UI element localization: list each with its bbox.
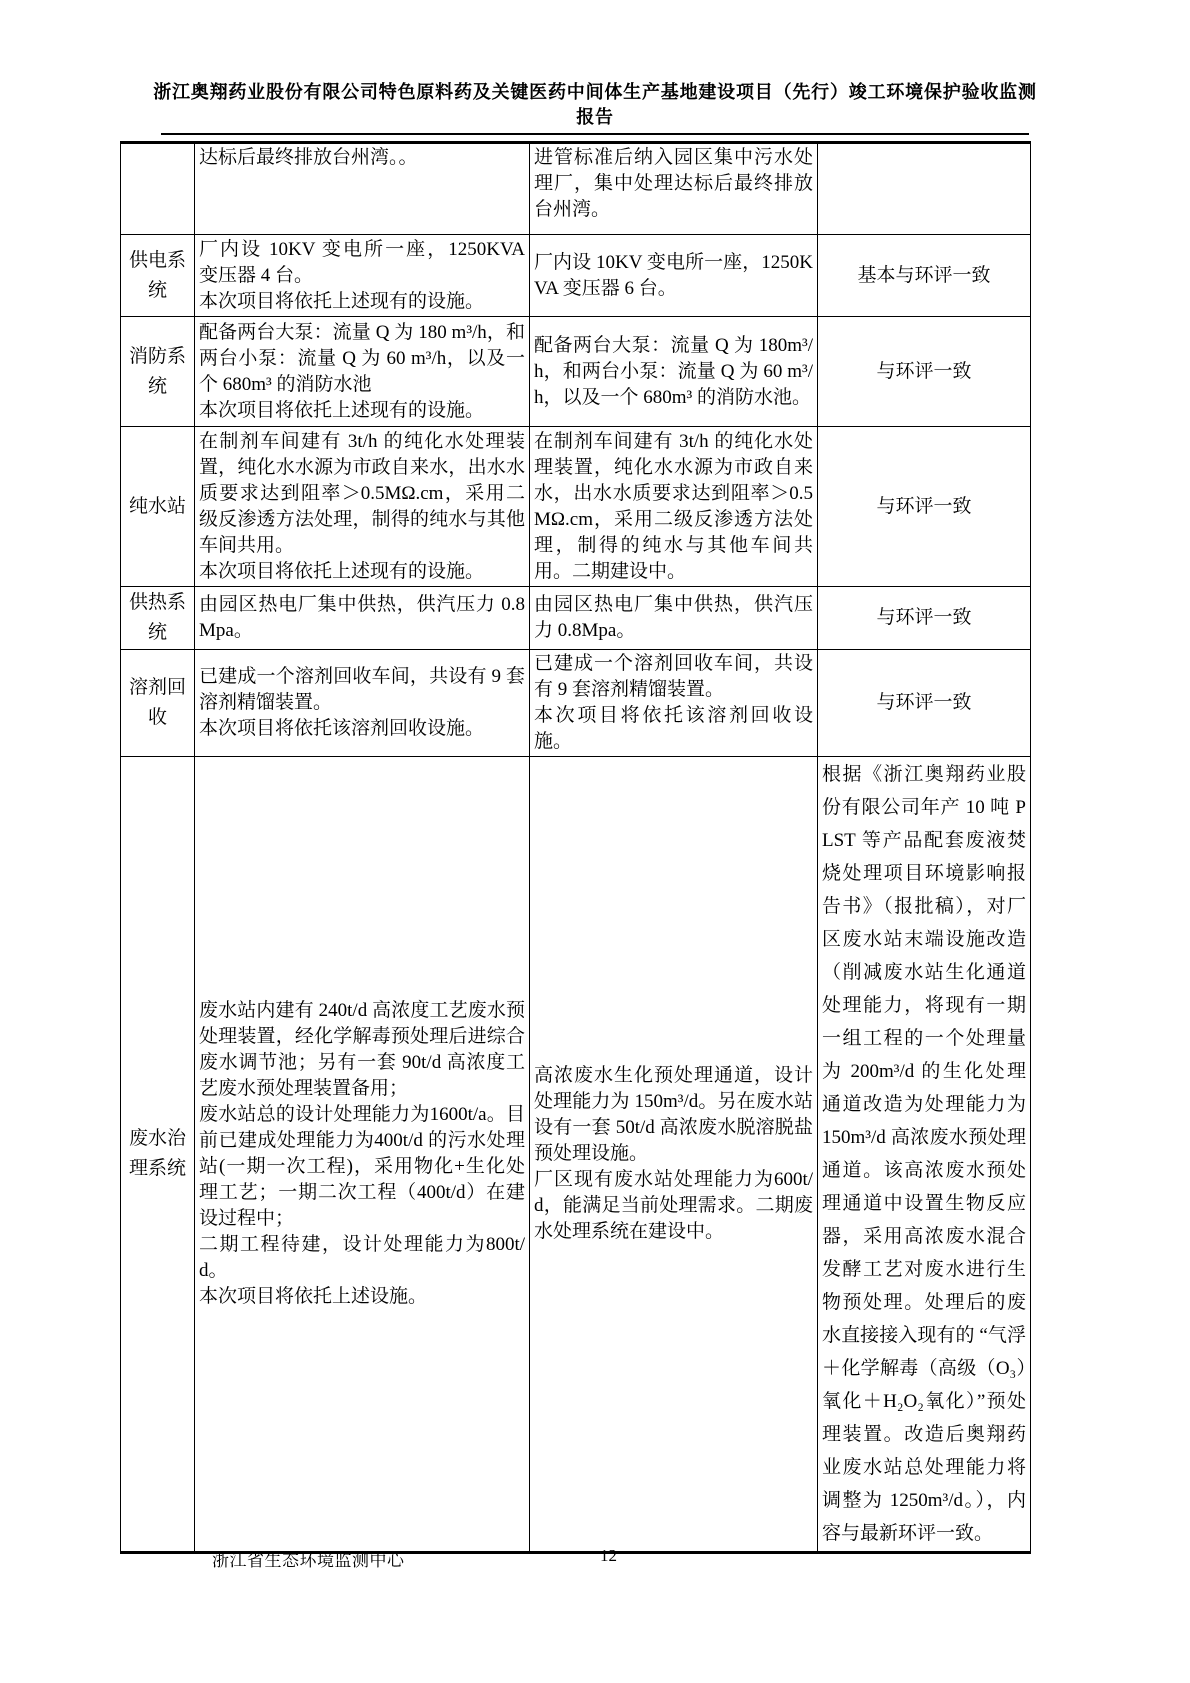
table-row: 供电系统 厂内设 10KV 变电所一座，1250KVA 变压器 4 台。 本次项… <box>121 235 1031 317</box>
cell-col4: 根据《浙江奥翔药业股份有限公司年产 10 吨 PLST 等产品配套废液焚烧处理项… <box>818 757 1031 1553</box>
cell-col4: 与环评一致 <box>818 650 1031 757</box>
cell-col2: 由园区热电厂集中供热，供汽压力 0.8Mpa。 <box>195 587 530 650</box>
cell-col3: 在制剂车间建有 3t/h 的纯化水处理装置，纯化水水源为市政自来水，出水水质要求… <box>530 427 818 587</box>
cell-col2: 已建成一个溶剂回收车间，共设有 9 套溶剂精馏装置。 本次项目将依托该溶剂回收设… <box>195 650 530 757</box>
cell-col3: 高浓废水生化预处理通道，设计处理能力为 150m³/d。另在废水站设有一套 50… <box>530 757 818 1553</box>
table-row: 溶剂回收 已建成一个溶剂回收车间，共设有 9 套溶剂精馏装置。 本次项目将依托该… <box>121 650 1031 757</box>
cell-col2: 达标后最终排放台州湾。。 <box>195 143 530 235</box>
cell-col3: 已建成一个溶剂回收车间，共设有 9 套溶剂精馏装置。 本次项目将依托该溶剂回收设… <box>530 650 818 757</box>
document-page: 浙江奥翔药业股份有限公司特色原料药及关键医药中间体生产基地建设项目（先行）竣工环… <box>0 0 1190 1683</box>
cell-col3: 进管标准后纳入园区集中污水处理厂，集中处理达标后最终排放台州湾。 <box>530 143 818 235</box>
cell-label: 消防系统 <box>121 317 195 427</box>
cell-col4: 基本与环评一致 <box>818 235 1031 317</box>
cell-col2: 配备两台大泵：流量 Q 为 180 m³/h，和两台小泵：流量 Q 为 60 m… <box>195 317 530 427</box>
table-row: 消防系统 配备两台大泵：流量 Q 为 180 m³/h，和两台小泵：流量 Q 为… <box>121 317 1031 427</box>
table-row: 废水治理系统 废水站内建有 240t/d 高浓度工艺废水预处理装置，经化学解毒预… <box>121 757 1031 1553</box>
page-header: 浙江奥翔药业股份有限公司特色原料药及关键医药中间体生产基地建设项目（先行）竣工环… <box>152 80 1038 130</box>
cell-col3: 厂内设 10KV 变电所一座，1250KVA 变压器 6 台。 <box>530 235 818 317</box>
comparison-table: 达标后最终排放台州湾。。 进管标准后纳入园区集中污水处理厂，集中处理达标后最终排… <box>120 141 1031 1554</box>
footer-organization: 浙江省生态环境监测中心 <box>212 1546 405 1571</box>
cell-col2: 厂内设 10KV 变电所一座，1250KVA 变压器 4 台。 本次项目将依托上… <box>195 235 530 317</box>
table-row: 供热系统 由园区热电厂集中供热，供汽压力 0.8Mpa。 由园区热电厂集中供热，… <box>121 587 1031 650</box>
cell-col2: 废水站内建有 240t/d 高浓度工艺废水预处理装置，经化学解毒预处理后进综合废… <box>195 757 530 1553</box>
table-row: 达标后最终排放台州湾。。 进管标准后纳入园区集中污水处理厂，集中处理达标后最终排… <box>121 143 1031 235</box>
cell-col4: 与环评一致 <box>818 587 1031 650</box>
cell-label: 供热系统 <box>121 587 195 650</box>
cell-label: 废水治理系统 <box>121 757 195 1553</box>
cell-label: 溶剂回收 <box>121 650 195 757</box>
cell-label <box>121 143 195 235</box>
header-rule <box>161 133 1029 135</box>
cell-col4: 与环评一致 <box>818 317 1031 427</box>
table-row: 纯水站 在制剂车间建有 3t/h 的纯化水处理装置，纯化水水源为市政自来水，出水… <box>121 427 1031 587</box>
footer-page-number: 12 <box>600 1546 617 1566</box>
cell-col2: 在制剂车间建有 3t/h 的纯化水处理装置，纯化水水源为市政自来水，出水水质要求… <box>195 427 530 587</box>
cell-col3: 配备两台大泵：流量 Q 为 180m³/h，和两台小泵：流量 Q 为 60 m³… <box>530 317 818 427</box>
cell-col4 <box>818 143 1031 235</box>
report-title: 浙江奥翔药业股份有限公司特色原料药及关键医药中间体生产基地建设项目（先行）竣工环… <box>152 80 1038 130</box>
cell-label: 供电系统 <box>121 235 195 317</box>
cell-col3: 由园区热电厂集中供热，供汽压力 0.8Mpa。 <box>530 587 818 650</box>
cell-label: 纯水站 <box>121 427 195 587</box>
cell-col4: 与环评一致 <box>818 427 1031 587</box>
